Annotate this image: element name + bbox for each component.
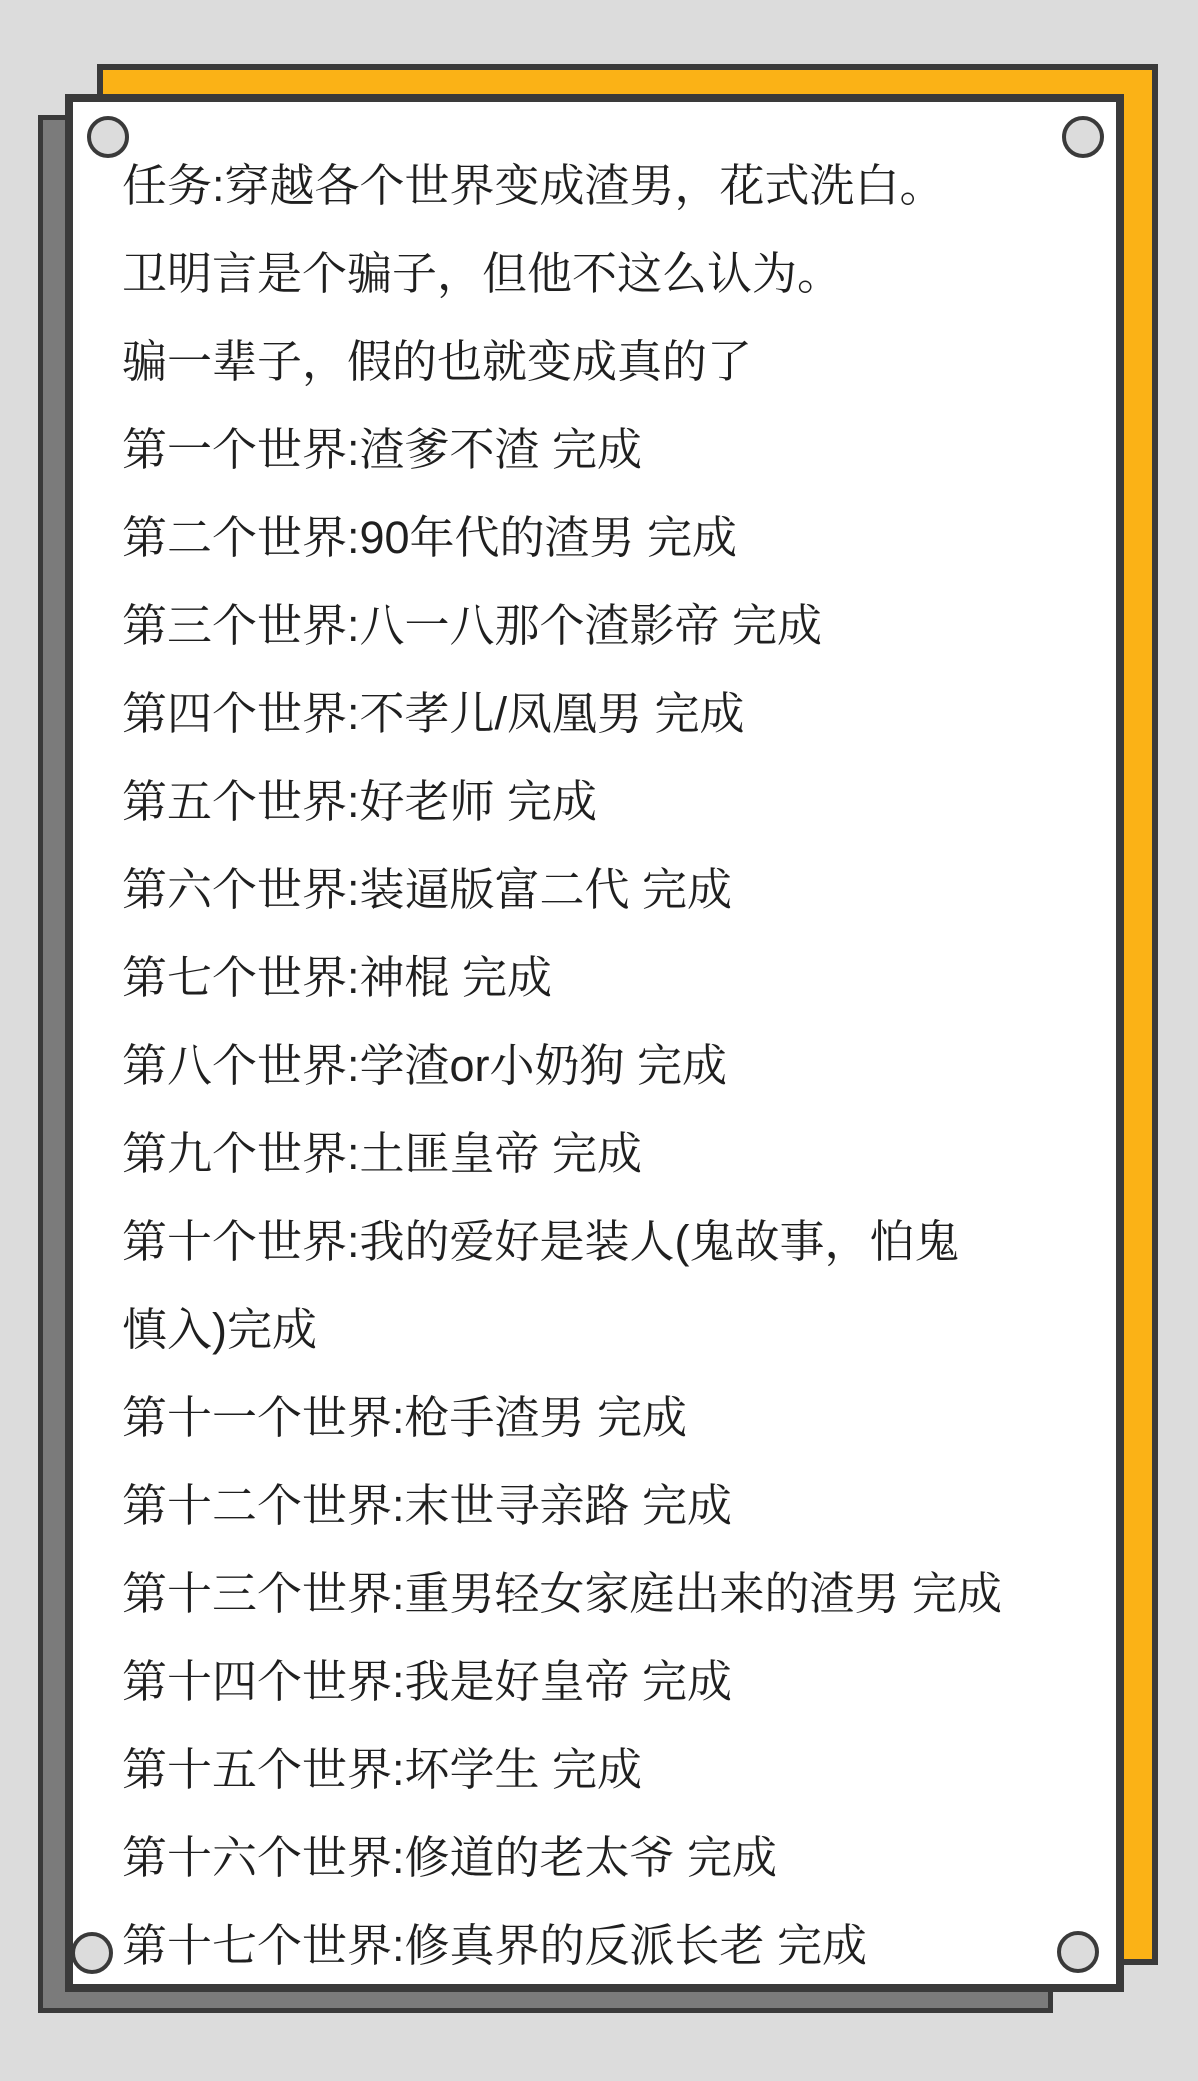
- corner-hole-bottom-left-icon: [71, 1932, 113, 1974]
- note-text: 任务:穿越各个世界变成渣男，花式洗白。卫明言是个骗子，但他不这么认为。骗一辈子，…: [122, 142, 1012, 1990]
- note-line: 第八个世界:学渣or小奶狗 完成: [122, 1022, 1012, 1110]
- note-line: 慎入)完成: [122, 1286, 1012, 1374]
- note-line: 任务:穿越各个世界变成渣男，花式洗白。: [122, 142, 1012, 230]
- note-line: 第七个世界:神棍 完成: [122, 934, 1012, 1022]
- note-line: 第十五个世界:坏学生 完成: [122, 1726, 1012, 1814]
- note-line: 第一个世界:渣爹不渣 完成: [122, 406, 1012, 494]
- page-background: 任务:穿越各个世界变成渣男，花式洗白。卫明言是个骗子，但他不这么认为。骗一辈子，…: [0, 0, 1198, 2081]
- note-line: 第十七个世界:修真界的反派长老 完成: [122, 1902, 1012, 1990]
- note-line: 第六个世界:装逼版富二代 完成: [122, 846, 1012, 934]
- note-line: 骗一辈子，假的也就变成真的了: [122, 318, 1012, 406]
- note-line: 第五个世界:好老师 完成: [122, 758, 1012, 846]
- note-line: 第三个世界:八一八那个渣影帝 完成: [122, 582, 1012, 670]
- note-line: 第十个世界:我的爱好是装人(鬼故事，怕鬼: [122, 1198, 1012, 1286]
- note-line: 第九个世界:土匪皇帝 完成: [122, 1110, 1012, 1198]
- note-line: 卫明言是个骗子，但他不这么认为。: [122, 230, 1012, 318]
- note-line: 第十二个世界:末世寻亲路 完成: [122, 1462, 1012, 1550]
- corner-hole-top-right-icon: [1062, 116, 1104, 158]
- note-line: 第十一个世界:枪手渣男 完成: [122, 1374, 1012, 1462]
- note-line: 第十四个世界:我是好皇帝 完成: [122, 1638, 1012, 1726]
- corner-hole-bottom-right-icon: [1057, 1931, 1099, 1973]
- note-line: 第二个世界:90年代的渣男 完成: [122, 494, 1012, 582]
- note-line: 第十三个世界:重男轻女家庭出来的渣男 完成: [122, 1550, 1012, 1638]
- note-line: 第四个世界:不孝儿/凤凰男 完成: [122, 670, 1012, 758]
- note-line: 第十六个世界:修道的老太爷 完成: [122, 1814, 1012, 1902]
- note-card: 任务:穿越各个世界变成渣男，花式洗白。卫明言是个骗子，但他不这么认为。骗一辈子，…: [65, 94, 1124, 1992]
